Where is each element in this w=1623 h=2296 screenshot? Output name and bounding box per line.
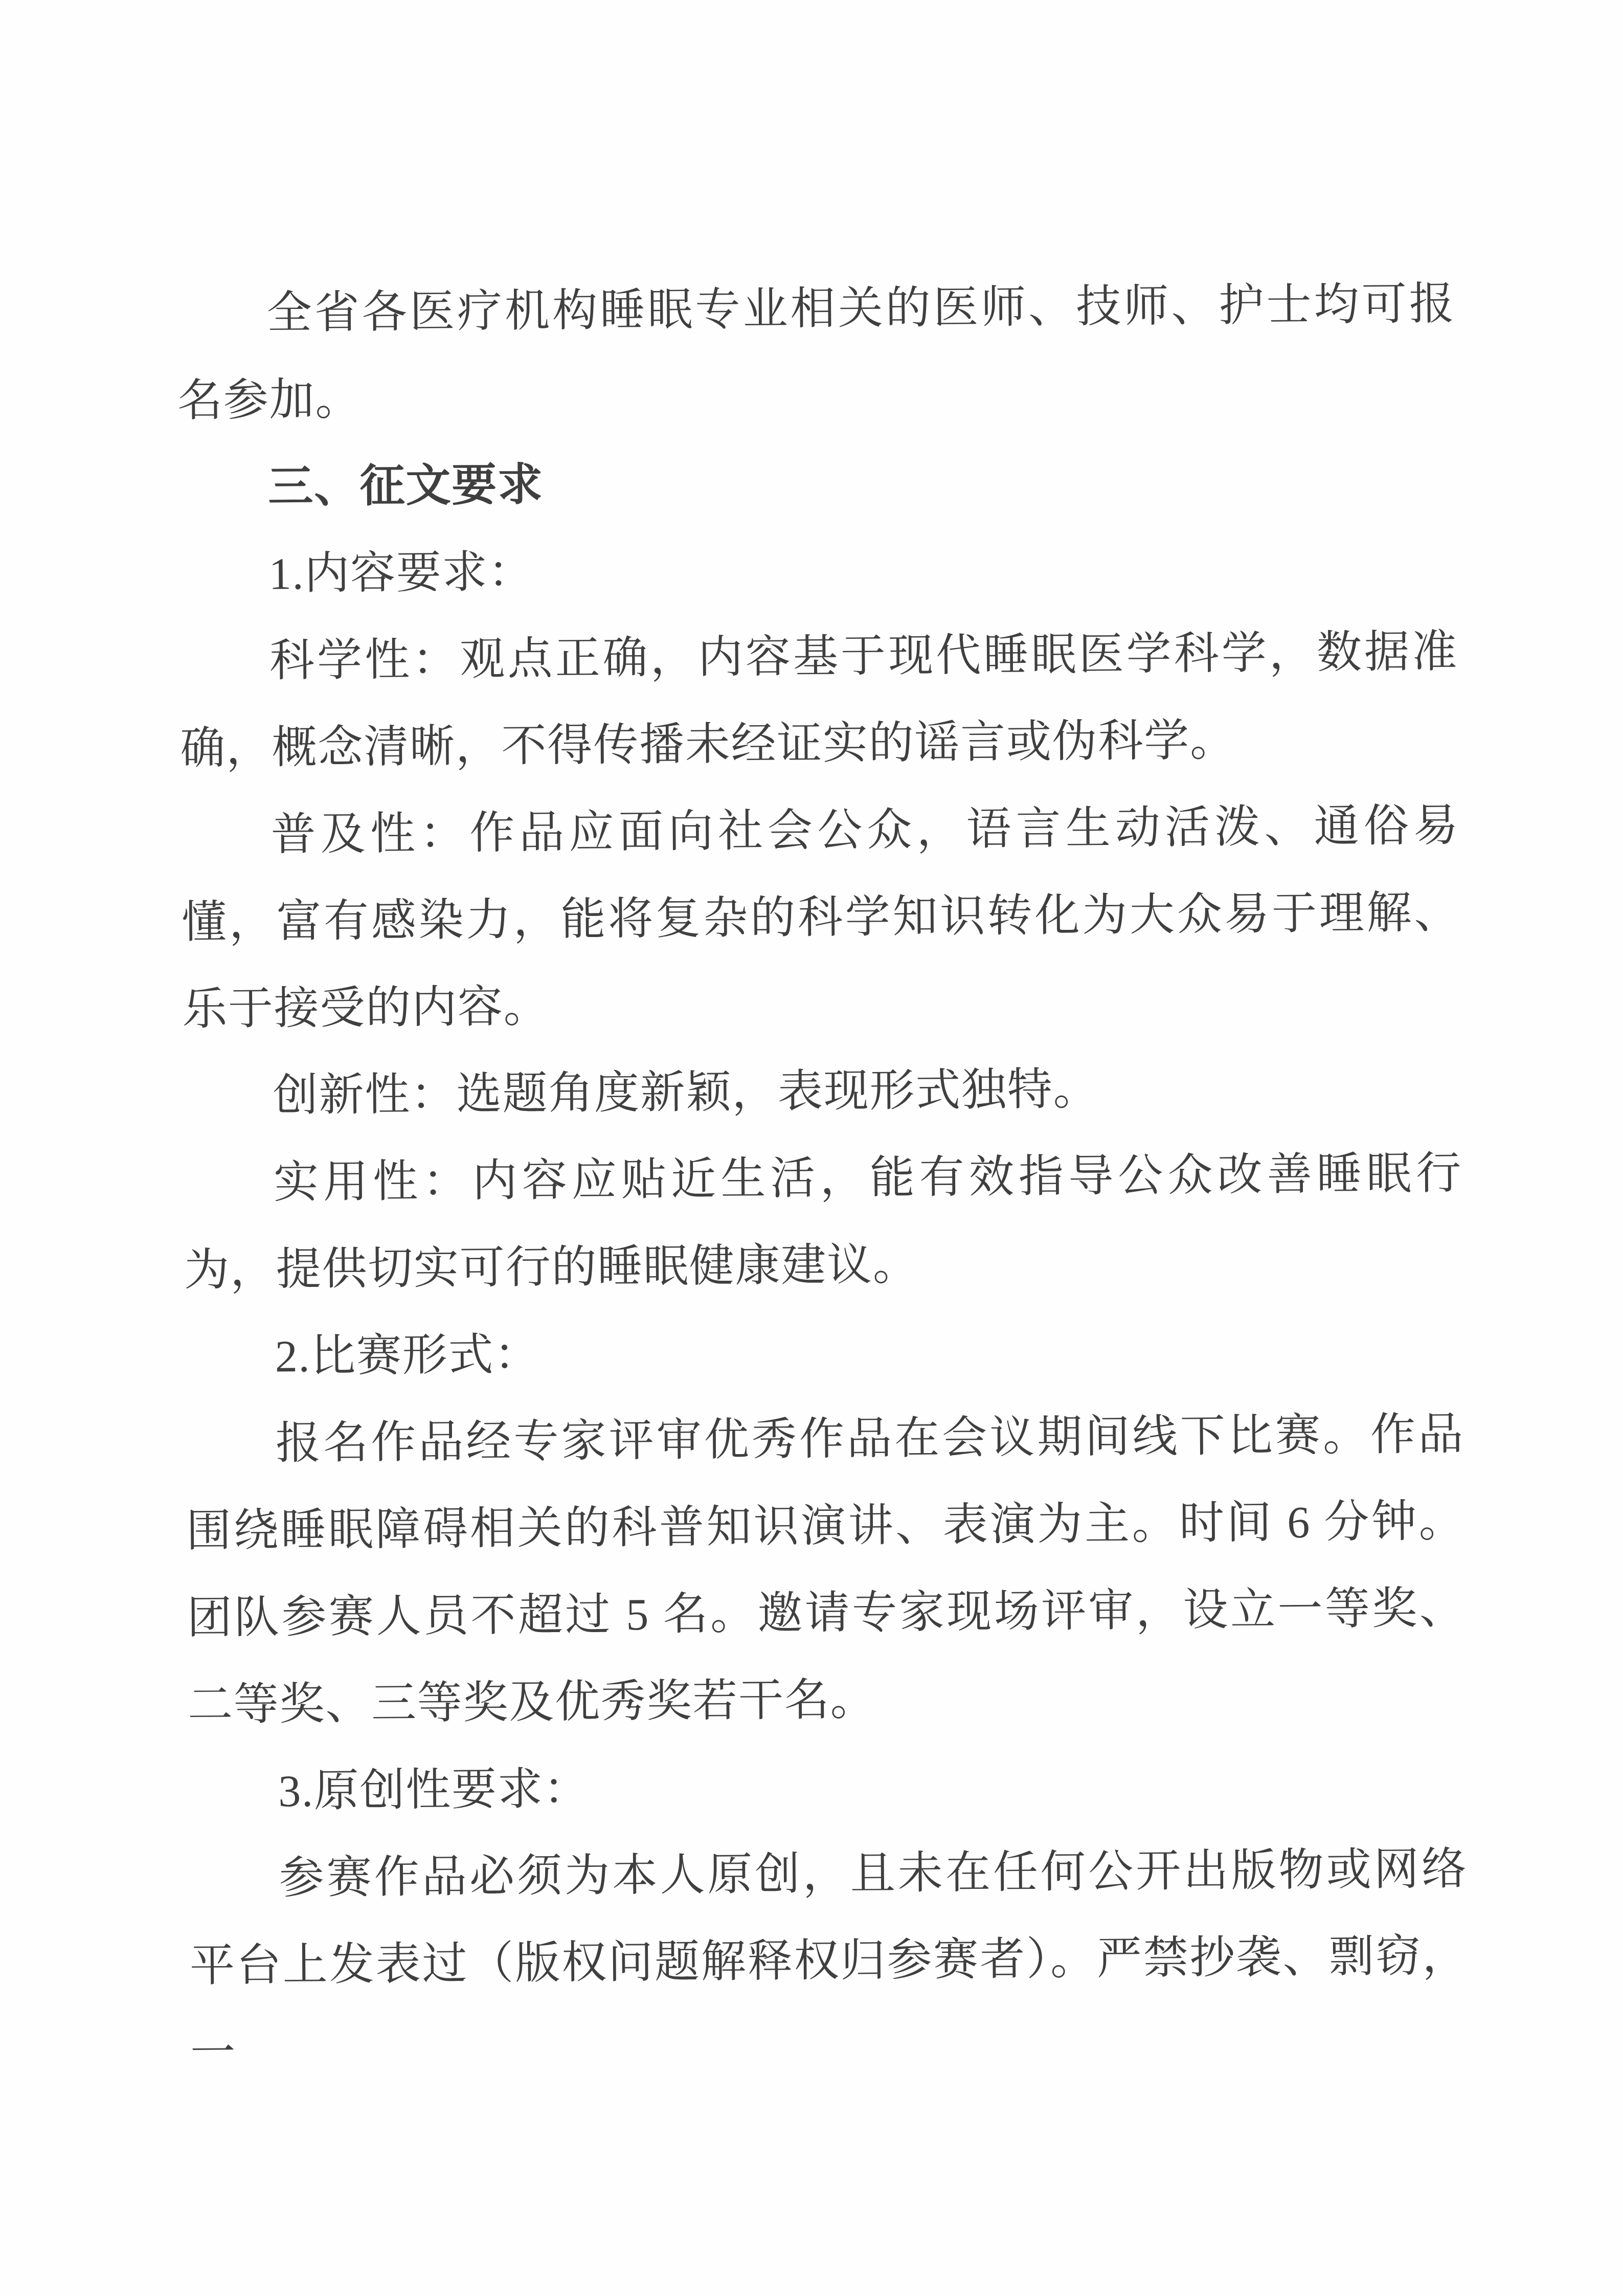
paragraph: 全省各医疗机构睡眠专业相关的医师、技师、护士均可报名参加。	[176, 261, 1456, 445]
section-heading: 三、征文要求	[178, 435, 1457, 532]
paragraph: 实用性：内容应贴近生活，能有效指导公众改善睡眠行为，提供切实可行的睡眠健康建议。	[183, 1130, 1463, 1314]
paragraph: 创新性：选题角度新颖，表现形式独特。	[183, 1043, 1461, 1141]
document-content: 全省各医疗机构睡眠专业相关的医师、技师、护士均可报名参加。三、征文要求1.内容要…	[176, 261, 1469, 2097]
paragraph: 参赛作品必须为本人原创，且未在任何公开出版物或网络平台上发表过（版权问题解释权归…	[189, 1826, 1469, 2097]
paragraph: 科学性：观点正确，内容基于现代睡眠医学科学，数据准确，概念清晰，不得传播未经证实…	[179, 609, 1459, 793]
paragraph: 普及性：作品应面向社会公众，语言生动活泼、通俗易懂，富有感染力，能将复杂的科学知…	[181, 783, 1461, 1054]
document-page: 全省各医疗机构睡眠专业相关的医师、技师、护士均可报名参加。三、征文要求1.内容要…	[0, 0, 1623, 2296]
paragraph: 2.比赛形式：	[185, 1304, 1463, 1401]
paragraph: 3.原创性要求：	[188, 1739, 1467, 1836]
paragraph: 1.内容要求：	[178, 522, 1457, 619]
paragraph: 报名作品经专家评审优秀作品在会议期间线下比赛。作品围绕睡眠障碍相关的科普知识演讲…	[185, 1391, 1466, 1749]
